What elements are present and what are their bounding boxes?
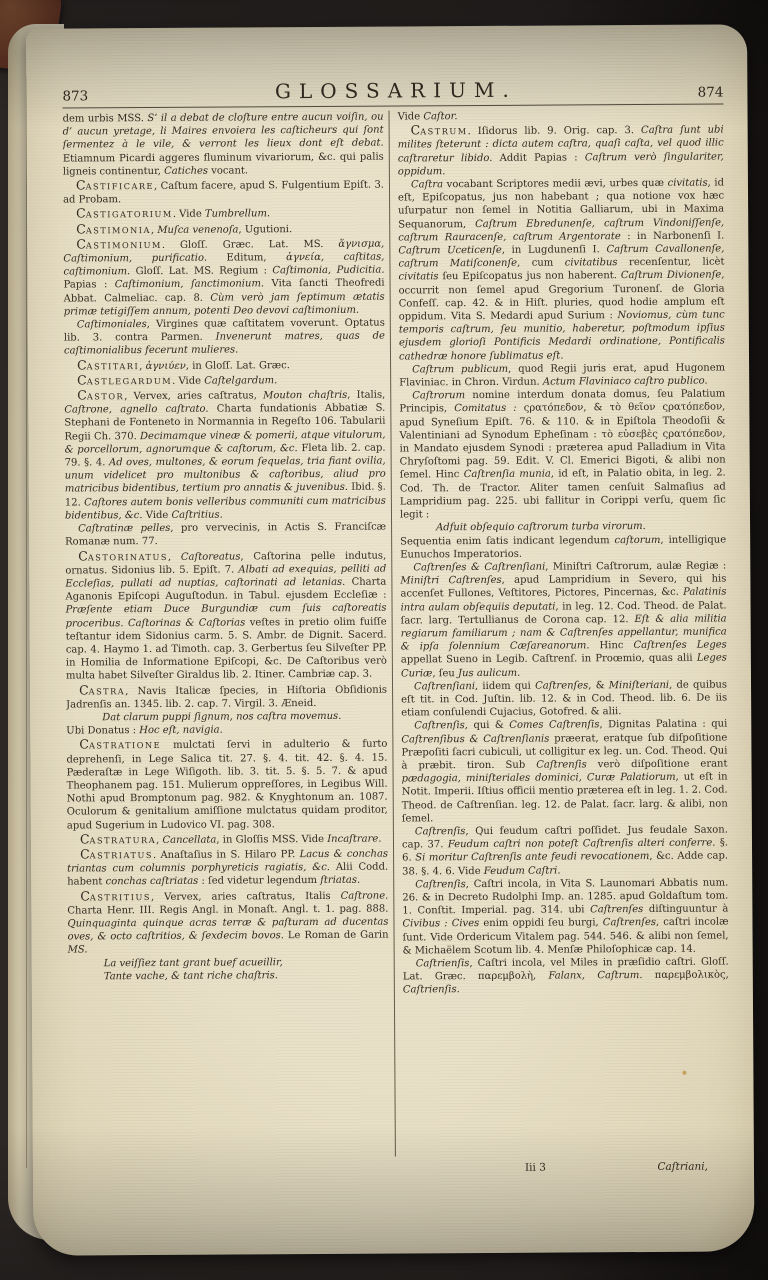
italic-text-run: MS. bbox=[68, 945, 88, 956]
italic-text-run: civitatis bbox=[668, 178, 708, 189]
paragraph: CASTRA, Navis Italicæ ſpecies, in Hiſtor… bbox=[66, 681, 387, 711]
text-run: , Vervex, aries caſtratus, bbox=[124, 390, 263, 402]
paper-speck bbox=[682, 1071, 686, 1075]
italic-text-run: Ad oves, multones, & eorum ſequelas, tri… bbox=[65, 456, 386, 495]
italic-text-run: ἁγνιύεν bbox=[146, 360, 186, 371]
text-run: . Vide bbox=[172, 376, 204, 387]
signature-row: Iii 3 Caſtriani, bbox=[525, 1161, 708, 1174]
paragraph: Caſtrenſis, Caſtri incola, in Vita S. La… bbox=[402, 876, 728, 957]
italic-text-run: Miniſteriani bbox=[609, 680, 669, 691]
text-run: , in Lugdunenſi I. bbox=[502, 244, 607, 256]
text-columns: dem urbis MSS. S’ il a debat de cloſture… bbox=[63, 109, 730, 1159]
page-number-right: 874 bbox=[669, 85, 723, 101]
text-run: Hinc bbox=[590, 640, 634, 651]
text-run: , qui & bbox=[465, 720, 510, 731]
paragraph: CASTRITIUS, Vervex, aries caſtratus, Ita… bbox=[67, 887, 388, 957]
text-run: Ubi Donatus : bbox=[66, 725, 139, 736]
text-run: , in Gloſſ. Lat. Græc. bbox=[186, 360, 290, 372]
text-run: , Miniſtri Caſtrorum, aulæ Regiæ : bbox=[545, 560, 726, 572]
italic-text-run: Comes Caſtrenſis bbox=[509, 720, 599, 732]
text-run: Papias : bbox=[64, 280, 115, 291]
paragraph: Caſtrenſis, Qui feudum caſtri poſſidet. … bbox=[402, 823, 728, 878]
italic-text-run: Caſtritius. bbox=[171, 509, 222, 520]
text-run: . Iſidorus lib. 9. Orig. cap. 3. bbox=[468, 125, 641, 137]
italic-text-run: Caſtratinæ pelles bbox=[78, 523, 170, 535]
paragraph: Caſtrenſiani, iidem qui Caſtrenſes, & Mi… bbox=[401, 678, 727, 720]
paragraph: CASTRUM. Iſidorus lib. 9. Orig. cap. 3. … bbox=[398, 122, 724, 179]
italic-text-run: Caſtrum publicum bbox=[412, 364, 508, 376]
italic-text-run: Adfuit obſequio caſtrorum turba virorum. bbox=[436, 521, 646, 533]
italic-text-run: pædagogia, miniſteriales dominici, Curæ … bbox=[402, 772, 676, 785]
italic-text-run: Caſtelgardum. bbox=[204, 375, 277, 386]
italic-text-run: Caſtrenſes & Caſtrenſiani bbox=[413, 562, 545, 574]
italic-text-run: Caſtorias bbox=[199, 617, 246, 628]
italic-text-run: Caſtrenſis bbox=[536, 759, 587, 770]
italic-text-run: Caſtrenſibus & Caſtrenſianis bbox=[401, 733, 549, 745]
italic-text-run: Tante vache, & tant riche chaſtris. bbox=[104, 970, 278, 982]
italic-text-run: Caſtrum Divionenſe bbox=[621, 270, 722, 282]
entry-headword: CASTRATURA bbox=[80, 835, 156, 846]
italic-text-run: Caſtrienſis. bbox=[403, 985, 460, 996]
signature-mark: Iii 3 bbox=[525, 1162, 546, 1174]
text-run: Charta Henr. III. Regis Angl. in Monaſt.… bbox=[67, 903, 388, 916]
text-column-left: dem urbis MSS. S’ il a debat de cloſture… bbox=[63, 111, 395, 1159]
text-run: diſtinguuntur à bbox=[643, 904, 728, 916]
italic-text-run: Caſtrorum bbox=[412, 390, 465, 401]
italic-text-run: Caſtrone. bbox=[341, 890, 389, 901]
text-run: vocant. bbox=[208, 165, 248, 176]
italic-text-run: Caſtrum Uceticenſe bbox=[398, 245, 502, 257]
italic-text-run: Caſtra bbox=[411, 179, 443, 190]
italic-text-run: Falanx, Caſtrum. bbox=[548, 970, 642, 982]
page-number-left: 873 bbox=[62, 88, 116, 104]
verse-line: Tante vache, & tant riche chaſtris. bbox=[104, 968, 389, 983]
paragraph: CASTRATIONE mulctati ſervi in adulterio … bbox=[66, 736, 388, 832]
italic-text-run: Caſtrenſiani bbox=[414, 681, 475, 692]
italic-text-run: civitatis bbox=[398, 272, 438, 283]
entry-headword: CASTRA bbox=[79, 686, 125, 697]
paragraph: Caſtrum publicum, quod Regii juris erat,… bbox=[399, 361, 725, 389]
running-title: GLOSSARIUM. bbox=[116, 77, 669, 104]
italic-text-run: Cancellata bbox=[162, 834, 216, 845]
italic-text-run: Caſtrenſis bbox=[415, 879, 466, 890]
entry-headword: CASTIMONIUM bbox=[76, 240, 162, 252]
italic-text-run: Dat clarum puppi ſignum, nos caſtra move… bbox=[102, 711, 341, 723]
text-run: mulctati ſervi in adulterio & furto depr… bbox=[66, 739, 387, 831]
paragraph: CASTRIATUS. Anaſtaſius in S. Hilaro PP. … bbox=[67, 846, 388, 890]
text-run: verò diſpoſitione erant bbox=[587, 758, 728, 770]
paragraph: dem urbis MSS. S’ il a debat de cloſture… bbox=[63, 111, 384, 179]
italic-text-run: Jus aulicum. bbox=[458, 667, 520, 678]
italic-text-run: Catiches bbox=[164, 165, 208, 176]
entry-headword: CASTIFICARE bbox=[76, 181, 154, 192]
text-run: enim oppidi ſeu burgi, bbox=[479, 918, 603, 930]
catchword: Caſtriani, bbox=[657, 1161, 708, 1173]
italic-text-run: Caſtor. bbox=[423, 111, 457, 122]
text-run: appellat Sueno in Legib. Caſtrenſ. in Pr… bbox=[401, 653, 697, 666]
paragraph: CASTOR, Vervex, aries caſtratus, Mouton … bbox=[64, 387, 386, 523]
text-run: , cum bbox=[517, 258, 565, 269]
italic-text-run: ſtriatas. bbox=[320, 875, 360, 886]
italic-text-run: Caſtrenſis bbox=[414, 720, 465, 731]
paragraph: Caſtratinæ pelles, pro vervecinis, in Ac… bbox=[65, 521, 386, 549]
entry-headword: CASTRUM bbox=[411, 126, 468, 137]
text-run: Editum, bbox=[207, 252, 286, 263]
italic-text-run: Civibus : Cives bbox=[402, 918, 479, 929]
italic-text-run: Actum Flaviniaco caſtro publico. bbox=[543, 376, 708, 388]
entry-headword: CASTRITIUS bbox=[80, 892, 151, 903]
italic-text-run: Hoc eſt, navigia. bbox=[139, 725, 223, 737]
header-rule bbox=[62, 104, 723, 109]
italic-text-run: Caſtrenſia munia bbox=[464, 469, 551, 481]
entry-headword: CASTOR bbox=[77, 391, 124, 402]
paragraph: CASTIFICARE, Caſtum facere, apud S. Fulg… bbox=[63, 177, 384, 207]
text-run: Le Roman de Garin bbox=[284, 930, 389, 942]
entry-headword: CASTRATIONE bbox=[79, 740, 161, 751]
text-run: . Vide bbox=[173, 209, 205, 220]
italic-text-run: Caſtrenſes Leges bbox=[633, 640, 726, 652]
italic-text-run: Caſtimoniales bbox=[77, 319, 147, 330]
italic-text-run: Caſtrenſes bbox=[535, 680, 588, 691]
text-run: , in Gloſſis MSS. Vide bbox=[216, 834, 327, 846]
book-page: 873 GLOSSARIUM. 874 dem urbis MSS. S’ il… bbox=[26, 24, 754, 1255]
italic-text-run: Feudum caſtri non poteſt Caſtrenſis alte… bbox=[448, 838, 716, 851]
text-run: , Italis, bbox=[347, 390, 385, 401]
italic-text-run: Si moritur Caſtrenſis ante feudi revocat… bbox=[415, 851, 649, 863]
entry-headword: CASTRIATUS bbox=[80, 850, 153, 861]
italic-text-run: Tumbrellum. bbox=[205, 209, 270, 220]
italic-text-run: Muſca venenoſa bbox=[157, 224, 238, 235]
italic-text-run: Feudum Caſtri. bbox=[484, 865, 561, 876]
italic-text-run: caſtorum bbox=[614, 534, 660, 545]
text-run: Addit Papias : bbox=[492, 152, 584, 164]
paragraph: Caſtrienſis, Caſtri incola, vel Miles in… bbox=[403, 955, 729, 997]
text-run: : ſed videtur legendum bbox=[198, 875, 320, 887]
text-run: ſeu Epiſcopatus jus non haberent. bbox=[438, 271, 620, 283]
text-run: Vide bbox=[143, 510, 172, 521]
text-run: Vide bbox=[398, 111, 424, 122]
italic-text-run: Caſtrenſes bbox=[603, 917, 656, 928]
entry-headword: CASTITARI bbox=[77, 361, 139, 372]
text-run: , ſeu bbox=[432, 668, 458, 679]
paragraph: Caſtrenſis, qui & Comes Caſtrenſis, Dign… bbox=[401, 718, 728, 826]
entry-headword: CASTIGATORIUM bbox=[76, 209, 173, 221]
italic-text-run: Mouton chaſtris bbox=[263, 390, 347, 402]
text-run: vocabant Scriptores medii ævi, urbes quæ bbox=[443, 178, 668, 190]
text-run: , bbox=[168, 551, 181, 562]
italic-text-run: conchas caſtriatas bbox=[106, 876, 199, 888]
page-content: 873 GLOSSARIUM. 874 dem urbis MSS. S’ il… bbox=[62, 77, 730, 1159]
text-run: , & bbox=[588, 680, 609, 691]
italic-text-run: civitatibus bbox=[565, 257, 618, 268]
text-run: παρεμβολικὸς, bbox=[643, 970, 729, 982]
text-run: , Ugutioni. bbox=[238, 224, 292, 235]
text-run: . Anaſtaſius in S. Hilaro PP. bbox=[153, 849, 300, 861]
paragraph: CASTIMONIUM. Gloſſ. Græc. Lat. MS. ἅγνισ… bbox=[63, 235, 384, 318]
entry-headword: CASTORINATUS bbox=[78, 551, 168, 563]
italic-text-run: Caſtoreatus bbox=[181, 551, 241, 562]
text-run: : in Narbonenſi I. bbox=[621, 230, 725, 242]
text-run: , iidem qui bbox=[475, 680, 535, 691]
italic-text-run: Caſtimonium, ſanctimonium. bbox=[115, 279, 264, 291]
paragraph: Caſtimoniales, Virgines quæ caſtitatem v… bbox=[64, 317, 385, 359]
italic-text-run: Caſtimonia, Pudicitia. bbox=[272, 265, 384, 277]
text-run: , Dignitas Palatina : qui bbox=[599, 719, 727, 731]
paragraph: Caſtrorum nomine interdum donata domus, … bbox=[399, 388, 726, 522]
italic-text-run: Caſtores autem bonis velleribus communit… bbox=[65, 495, 386, 521]
italic-text-run: Comitatus : bbox=[454, 403, 524, 414]
text-run: . Gloſſ. Græc. Lat. MS. bbox=[162, 239, 338, 251]
italic-text-run: Caſtrienſis bbox=[416, 958, 470, 969]
text-run: dem urbis MSS. bbox=[63, 113, 148, 125]
paragraph: CASTORINATUS, Caſtoreatus, Caſtorina pel… bbox=[65, 547, 387, 683]
italic-text-run: Caſtrone, agnello caſtrato. bbox=[64, 404, 208, 416]
photo-background: 873 GLOSSARIUM. 874 dem urbis MSS. S’ il… bbox=[0, 0, 768, 1280]
paragraph: Sequentia enim ſatis indicant legendum c… bbox=[400, 533, 726, 561]
entry-headword: CASTIMONIA bbox=[76, 225, 151, 236]
text-run: Gloſſ. Lat. MS. Regium : bbox=[130, 265, 272, 277]
paragraph: Caſtrenſes & Caſtrenſiani, Miniſtri Caſt… bbox=[400, 559, 727, 680]
italic-text-run: Caſtrenſes bbox=[590, 904, 643, 915]
entry-headword: CASTLEGARDUM bbox=[77, 376, 172, 388]
italic-text-run: Miniſtri Caſtrenſes bbox=[400, 575, 501, 587]
page-header: 873 GLOSSARIUM. 874 bbox=[62, 77, 723, 105]
italic-text-run: Caſtrenſis bbox=[415, 826, 466, 837]
italic-text-run: Incaſtrare. bbox=[327, 833, 381, 844]
paragraph: Caſtra vocabant Scriptores medii ævi, ur… bbox=[398, 177, 725, 364]
text-run: Sequentia enim ſatis indicant legendum bbox=[400, 535, 614, 547]
text-run: , Vervex, aries caſtratus, Italis bbox=[151, 890, 341, 902]
text-run: recenſentur, licèt bbox=[618, 257, 725, 269]
italic-text-run: La veiſſiez tant grant buef acueillir, bbox=[104, 957, 283, 969]
text-column-right: Vide Caſtor.CASTRUM. Iſidorus lib. 9. Or… bbox=[389, 109, 730, 1157]
